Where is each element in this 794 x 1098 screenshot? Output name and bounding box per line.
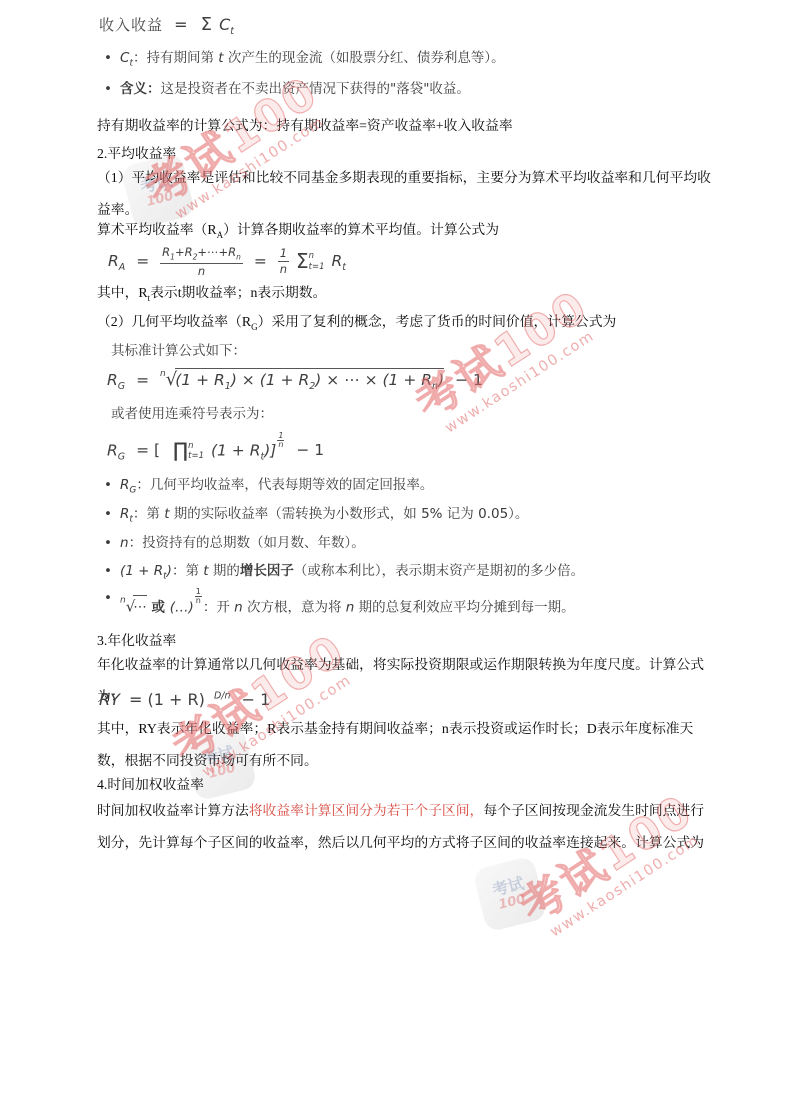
fraction-denominator: n (278, 262, 289, 276)
math-var: +R (175, 245, 193, 259)
fraction-denominator: n (160, 264, 243, 278)
sigma-symbol: Σ (201, 14, 212, 35)
separator: ： (203, 599, 217, 615)
list-item-rg: • RG：几何平均收益率，代表每期等效的固定回报率。 (104, 475, 749, 501)
math-sub: t (230, 26, 234, 37)
bullet-marker: • (104, 475, 120, 501)
upper-limit: n (309, 251, 325, 261)
fraction: 1 n (278, 247, 289, 275)
formula-body: = (1 + R) (129, 690, 205, 709)
list-item-growth-factor: • (1 + Rt)：第 t 期的增长因子（或称本利比），表示期末资产是期初的多… (104, 561, 749, 587)
operator-limits: nt=1 (188, 441, 204, 461)
list-item-text: (1 + Rt)：第 t 期的增长因子（或称本利比），表示期末资产是期初的多少倍… (120, 561, 584, 587)
sigma-symbol: Σ (296, 249, 309, 274)
bold-or: 或 (147, 599, 170, 615)
bold-term: 含义： (120, 81, 161, 97)
math-var: R (108, 252, 119, 270)
operator-limits: nt=1 (309, 251, 325, 271)
list-item-meaning: • 含义：这是投资者在不卖出资产情况下获得的"落袋"收益。 (104, 79, 749, 99)
text-seg: 次产生的现金流（如股票分红、债券利息等）。 (224, 50, 505, 66)
document-content: 收入收益 = Σ Ct • Ct：持有期间第 t 次产生的现金流（如股票分红、债… (0, 0, 794, 1098)
math-var: R (162, 245, 170, 259)
product-operator: ∏nt=1 (173, 438, 204, 463)
fraction-denominator: n (277, 441, 284, 449)
text-seg: （或称本利比），表示期末资产是期初的多少倍。 (294, 563, 584, 579)
text-seg: 期的总复利效应平均分摊到每一期。 (354, 599, 574, 615)
text-seg: 其中，R (97, 285, 148, 300)
formula-lhs: 收入收益 (99, 18, 163, 34)
sigma-operator: Σnt=1 (296, 249, 325, 274)
text-seg: 次方根，意为将 (243, 599, 346, 615)
text-seg: 第 (185, 563, 203, 579)
fraction-numerator: 1 (278, 247, 289, 262)
list-item-text: RG：几何平均收益率，代表每期等效的固定回报率。 (120, 475, 433, 501)
math-var: n (234, 599, 243, 615)
equals-bracket: = [ (136, 441, 160, 459)
text-seg: 这是投资者在不卖出资产情况下获得的"落袋"收益。 (161, 81, 470, 97)
formula-annualized: RY = (1 + R) D/n − 1 (99, 690, 276, 710)
fraction: R1+R2+⋯+Rn n (160, 246, 243, 277)
bullet-marker: • (104, 588, 120, 617)
equals-sign: = (254, 252, 267, 270)
math-var: R (120, 477, 129, 493)
document-page: 考试 100 考试 100 考试 100 考试100 www.kaoshi100… (0, 0, 794, 1098)
separator: ： (133, 506, 147, 522)
fraction-denominator: n (195, 597, 202, 605)
formula-geometric-root: RG = n√(1 + R1) × (1 + R2) × ⋯ × (1 + Rn… (107, 368, 489, 393)
income-return-formula: 收入收益 = Σ Ct (99, 14, 234, 38)
equals-sign: = (136, 371, 149, 389)
separator: ： (133, 50, 147, 66)
math-var: R (107, 441, 118, 459)
math-var: (1 + R (211, 441, 261, 459)
math-sub: t (342, 262, 346, 273)
math-var: ) (438, 371, 444, 389)
equals-sign: = (174, 15, 187, 34)
formula-geometric-product: RG = [ ∏nt=1 (1 + Rt)]1n − 1 (107, 432, 330, 463)
text-seg: ）采用了复利的概念，考虑了货币的时间价值，计算公式为 (258, 314, 617, 329)
lower-limit: t=1 (188, 451, 204, 461)
bullet-marker: • (104, 79, 120, 99)
bullet-marker: • (104, 561, 120, 587)
separator: ： (136, 477, 150, 493)
radicand: ⋯ (133, 595, 147, 617)
math-var: (1 + R (175, 371, 225, 389)
upper-limit: n (188, 441, 204, 451)
list-item-root: • n√⋯ 或 (…)1n：开 n 次方根，意为将 n 期的总复利效应平均分摊到… (104, 588, 749, 617)
list-item-text: Rt：第 t 期的实际收益率（需转换为小数形式，如 5% 记为 0.05）。 (120, 504, 528, 530)
math-sub: n (236, 252, 241, 261)
text-seg: 期的实际收益率（需转换为小数形式，如 5% 记为 0.05）。 (170, 506, 529, 522)
math-var: RY (99, 690, 120, 709)
text-seg: 期的 (209, 563, 240, 579)
math-var: +⋯+R (197, 245, 236, 259)
paragraph-standard-formula: 其标准计算公式如下： (111, 341, 246, 361)
math-var: R (107, 371, 118, 389)
text-seg: 第 (146, 506, 164, 522)
list-item-text: n√⋯ 或 (…)1n：开 n 次方根，意为将 n 期的总复利效应平均分摊到每一… (120, 588, 575, 617)
separator: ： (172, 563, 186, 579)
list-item-n: • n：投资持有的总期数（如月数、年数）。 (104, 533, 749, 553)
formula-arithmetic-mean: RA = R1+R2+⋯+Rn n = 1 n Σnt=1 Rt (108, 246, 346, 277)
exponent-fraction: 1n (195, 588, 202, 606)
math-var: n (120, 535, 129, 551)
math-var: R (120, 506, 129, 522)
bullet-marker: • (104, 48, 120, 74)
text-seg: （2）几何平均收益率（R (97, 314, 251, 329)
list-item-cashflow: • Ct：持有期间第 t 次产生的现金流（如股票分红、债券利息等）。 (104, 48, 749, 74)
paragraph-product-notation: 或者使用连乘符号表示为： (111, 404, 273, 424)
minus-one: − 1 (242, 690, 271, 709)
text-seg: 表示t期收益率；n表示期数。 (150, 285, 326, 300)
fraction-numerator: R1+R2+⋯+Rn (160, 246, 243, 264)
math-var: )] (264, 441, 276, 459)
product-symbol: ∏ (173, 438, 188, 463)
math-sub: G (118, 451, 125, 462)
math-var: C (219, 15, 230, 34)
list-item-text: n：投资持有的总期数（如月数、年数）。 (120, 533, 365, 553)
math-sub: A (119, 262, 126, 273)
bullet-marker: • (104, 504, 120, 530)
list-item-rt: • Rt：第 t 期的实际收益率（需转换为小数形式，如 5% 记为 0.05）。 (104, 504, 749, 530)
math-var: ) × (1 + R (231, 371, 309, 389)
paragraph-geometric: （2）几何平均收益率（RG）采用了复利的概念，考虑了货币的时间价值，计算公式为 (97, 306, 715, 343)
minus-one: − 1 (296, 441, 324, 459)
lower-limit: t=1 (309, 262, 325, 272)
text-seg: 算术平均收益率（R (97, 222, 217, 237)
exponent: D/n (214, 691, 231, 702)
minus-one: − 1 (455, 371, 483, 389)
list-item-text: Ct：持有期间第 t 次产生的现金流（如股票分红、债券利息等）。 (120, 48, 505, 74)
paragraph-where-ry: 其中，RY表示年化收益率；R表示基金持有期间收益率；n表示投资或运作时长；D表示… (97, 713, 715, 777)
math-var: R (331, 252, 342, 270)
text-seg: ）计算各期收益率的算术平均值。计算公式为 (223, 222, 499, 237)
text-seg: 开 (216, 599, 234, 615)
math-sub: G (118, 381, 125, 392)
text-seg: 持有期间第 (146, 50, 218, 66)
text-seg: 时间加权收益率计算方法 (97, 803, 249, 818)
paragraph-time-weighted: 时间加权收益率计算方法将收益率计算区间分为若干个子区间，每个子区间按现金流发生时… (97, 795, 715, 859)
exponent-fraction: 1n (277, 432, 284, 450)
text-seg: 几何平均收益率，代表每期等效的固定回报率。 (150, 477, 434, 493)
radicand: (1 + R1) × (1 + R2) × ⋯ × (1 + Rn) (175, 368, 444, 393)
math-var: ) × ⋯ × (1 + R (315, 371, 432, 389)
equals-sign: = (136, 252, 149, 270)
math-var: (…) (170, 599, 194, 615)
separator: ： (129, 535, 143, 551)
bullet-marker: • (104, 533, 120, 553)
highlighted-red-text: 将收益率计算区间分为若干个子区间， (249, 803, 484, 818)
bold-term: 增长因子 (240, 563, 294, 579)
text-seg: 投资持有的总期数（如月数、年数）。 (142, 535, 365, 551)
list-item-text: 含义：这是投资者在不卖出资产情况下获得的"落袋"收益。 (120, 79, 470, 99)
math-var: (1 + R (120, 563, 163, 579)
